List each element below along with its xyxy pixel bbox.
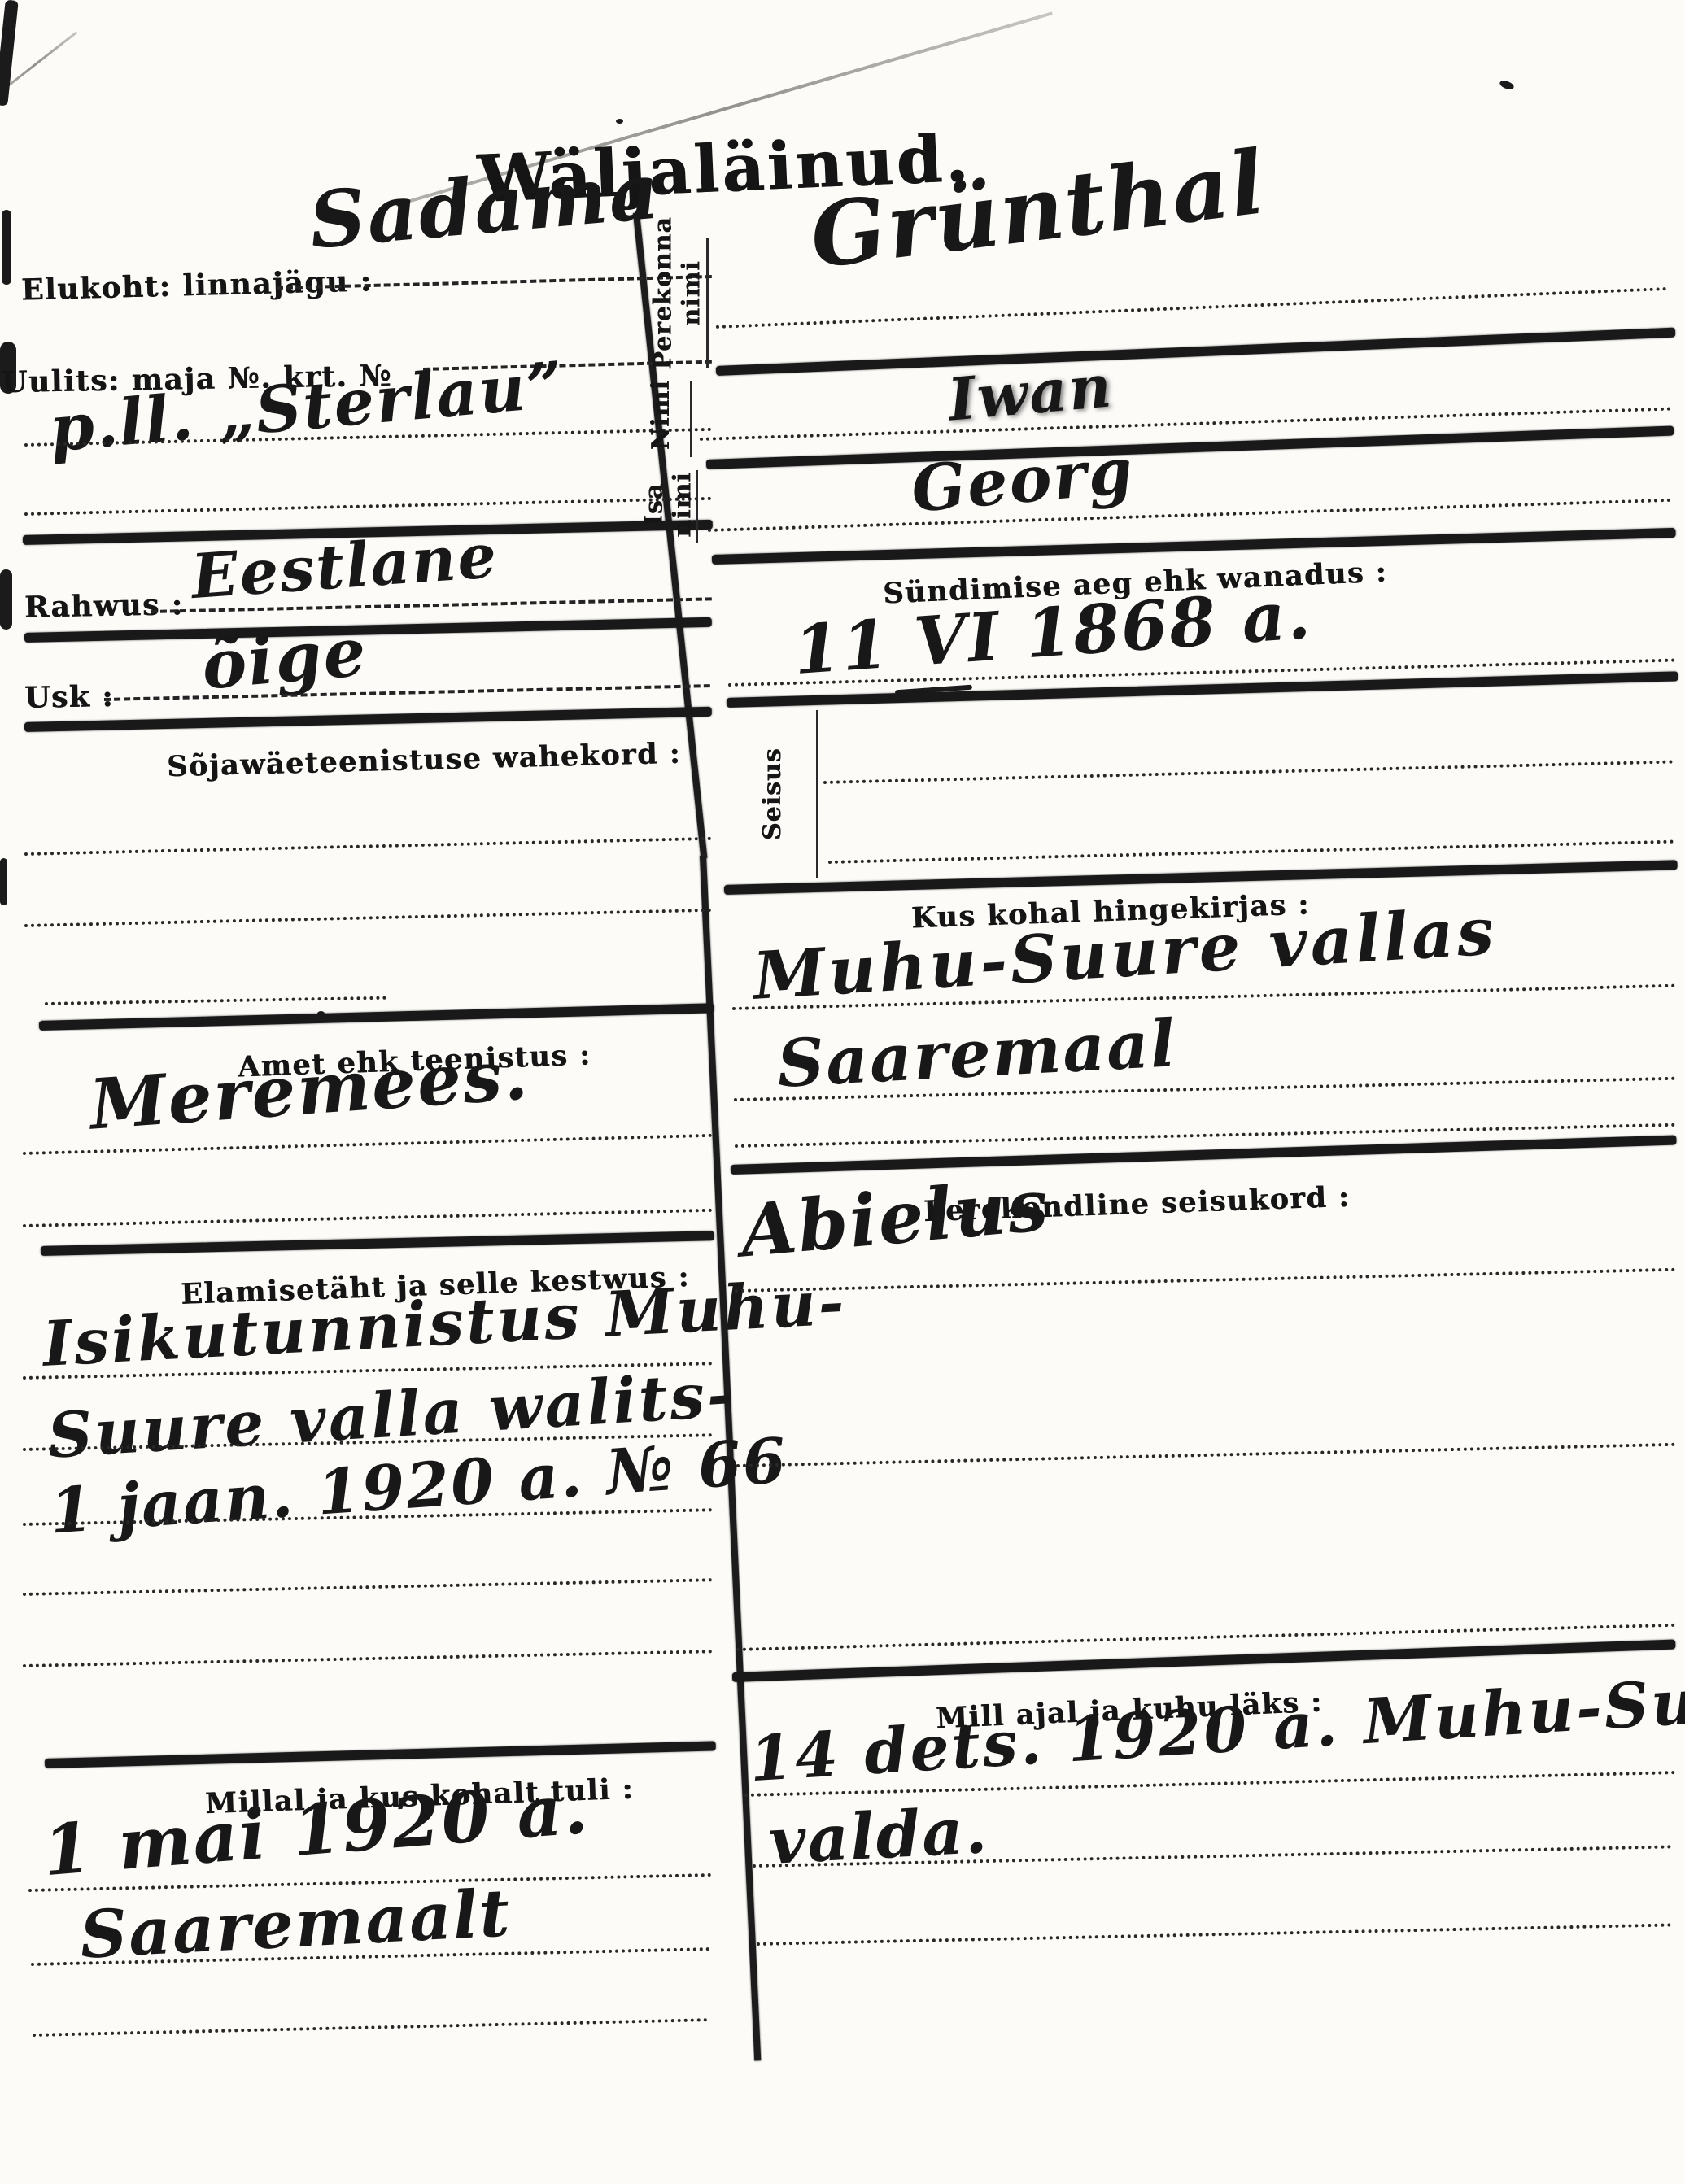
section-rule	[716, 328, 1676, 376]
first-name-label: Nimi	[648, 374, 676, 456]
scan-edge-mark	[0, 569, 12, 630]
write-line	[708, 499, 1672, 532]
residence-value: Sadama	[306, 146, 664, 266]
write-line	[823, 760, 1674, 784]
write-line	[828, 840, 1674, 864]
military-label: Sõjawäeteenistuse wahekord :	[167, 737, 682, 784]
write-line	[24, 909, 712, 927]
first-name-value: Iwan	[945, 351, 1115, 434]
father-name-value: Georg	[909, 434, 1137, 527]
section-rule	[724, 860, 1678, 895]
religion-value: õige	[199, 612, 370, 704]
write-line	[23, 1650, 713, 1667]
label-separator	[816, 710, 818, 878]
write-line	[33, 2018, 708, 2037]
write-line	[757, 1923, 1672, 1946]
write-line	[24, 837, 712, 856]
section-rule	[24, 707, 712, 732]
write-line	[24, 497, 712, 516]
scan-edge-mark	[0, 0, 19, 106]
label-separator	[690, 381, 692, 457]
scan-edge-mark	[0, 858, 7, 905]
nationality-label: Rahwus :	[24, 587, 184, 624]
family-name-label: Perekonna nimi	[650, 216, 706, 371]
write-line	[23, 1578, 713, 1596]
write-line	[736, 1443, 1676, 1467]
occupation-value: Meremees.	[87, 1034, 531, 1145]
write-line	[735, 1268, 1676, 1293]
scan-edge-mark	[2, 210, 11, 285]
marital-value: Abielus	[737, 1162, 1053, 1274]
label-separator	[706, 238, 709, 368]
write-line	[716, 287, 1667, 329]
status-label: Seisus	[759, 737, 788, 851]
write-line	[104, 684, 710, 701]
write-line	[23, 1209, 713, 1227]
religion-label: Usk :	[24, 679, 115, 715]
father-name-label: Isa nimi	[641, 464, 697, 546]
registered-line2: Saaremaal	[775, 1005, 1178, 1102]
scan-speck	[1499, 79, 1515, 91]
write-line	[45, 996, 386, 1005]
section-rule	[45, 1741, 716, 1768]
section-rule	[712, 528, 1676, 565]
section-rule	[39, 1003, 714, 1031]
scan-speck	[616, 119, 623, 124]
section-rule	[41, 1231, 714, 1256]
scanned-record-card: Wäljaläinud. Sadama Elukoht: linnajägu :…	[0, 0, 1685, 2184]
label-separator	[696, 470, 698, 543]
